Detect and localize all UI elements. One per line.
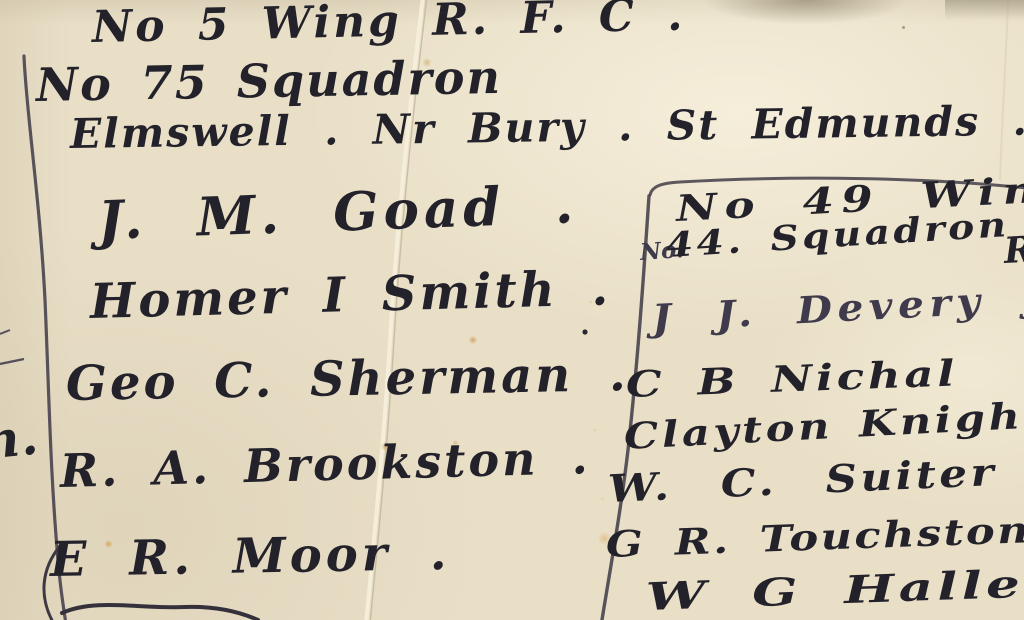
edge-mark [0,359,24,364]
handwritten-roster-page: No 5 Wing R. F. C . No 75 Squadron Elmsw… [0,0,1024,620]
fold-crease-right [1000,0,1008,180]
header-squadron-line: No 75 Squadron [36,52,503,111]
right-roster-cut-letter: R [1003,230,1024,271]
foxing-stain [592,428,597,432]
ink-dot [582,329,587,334]
paper-speck [902,26,905,29]
edge-mark [0,330,10,334]
left-roster-name: Geo C. Sherman . [66,348,629,411]
right-roster-name: G R. Touchstone [605,510,1024,565]
right-roster-name: W G Halle [645,563,1024,618]
left-roster-name: Homer I Smith . [89,262,611,328]
signature-flourish-underline [62,605,258,620]
right-roster-name: Clayton Knight [623,396,1024,458]
left-roster-name: R. A. Brookston . [59,432,591,496]
right-roster-name: C B Nichal [625,354,958,405]
edge-fragment-letter: h. [0,409,40,469]
right-roster-name: W. C. Suiter [607,451,998,510]
corner-shade [945,0,1024,20]
left-roster-name: E R. Moor . [50,527,451,587]
foxing-stain [468,336,478,344]
header-location-line: Elmswell . Nr Bury . St Edmunds . [70,99,1024,157]
left-roster-name: J. M. Goad . [97,175,579,250]
right-roster-name: J J. Devery J [651,277,1024,338]
top-edge-smudge [705,0,905,24]
header-wing-line: No 5 Wing R. F. C . [91,0,685,52]
foxing-stain [600,497,605,501]
